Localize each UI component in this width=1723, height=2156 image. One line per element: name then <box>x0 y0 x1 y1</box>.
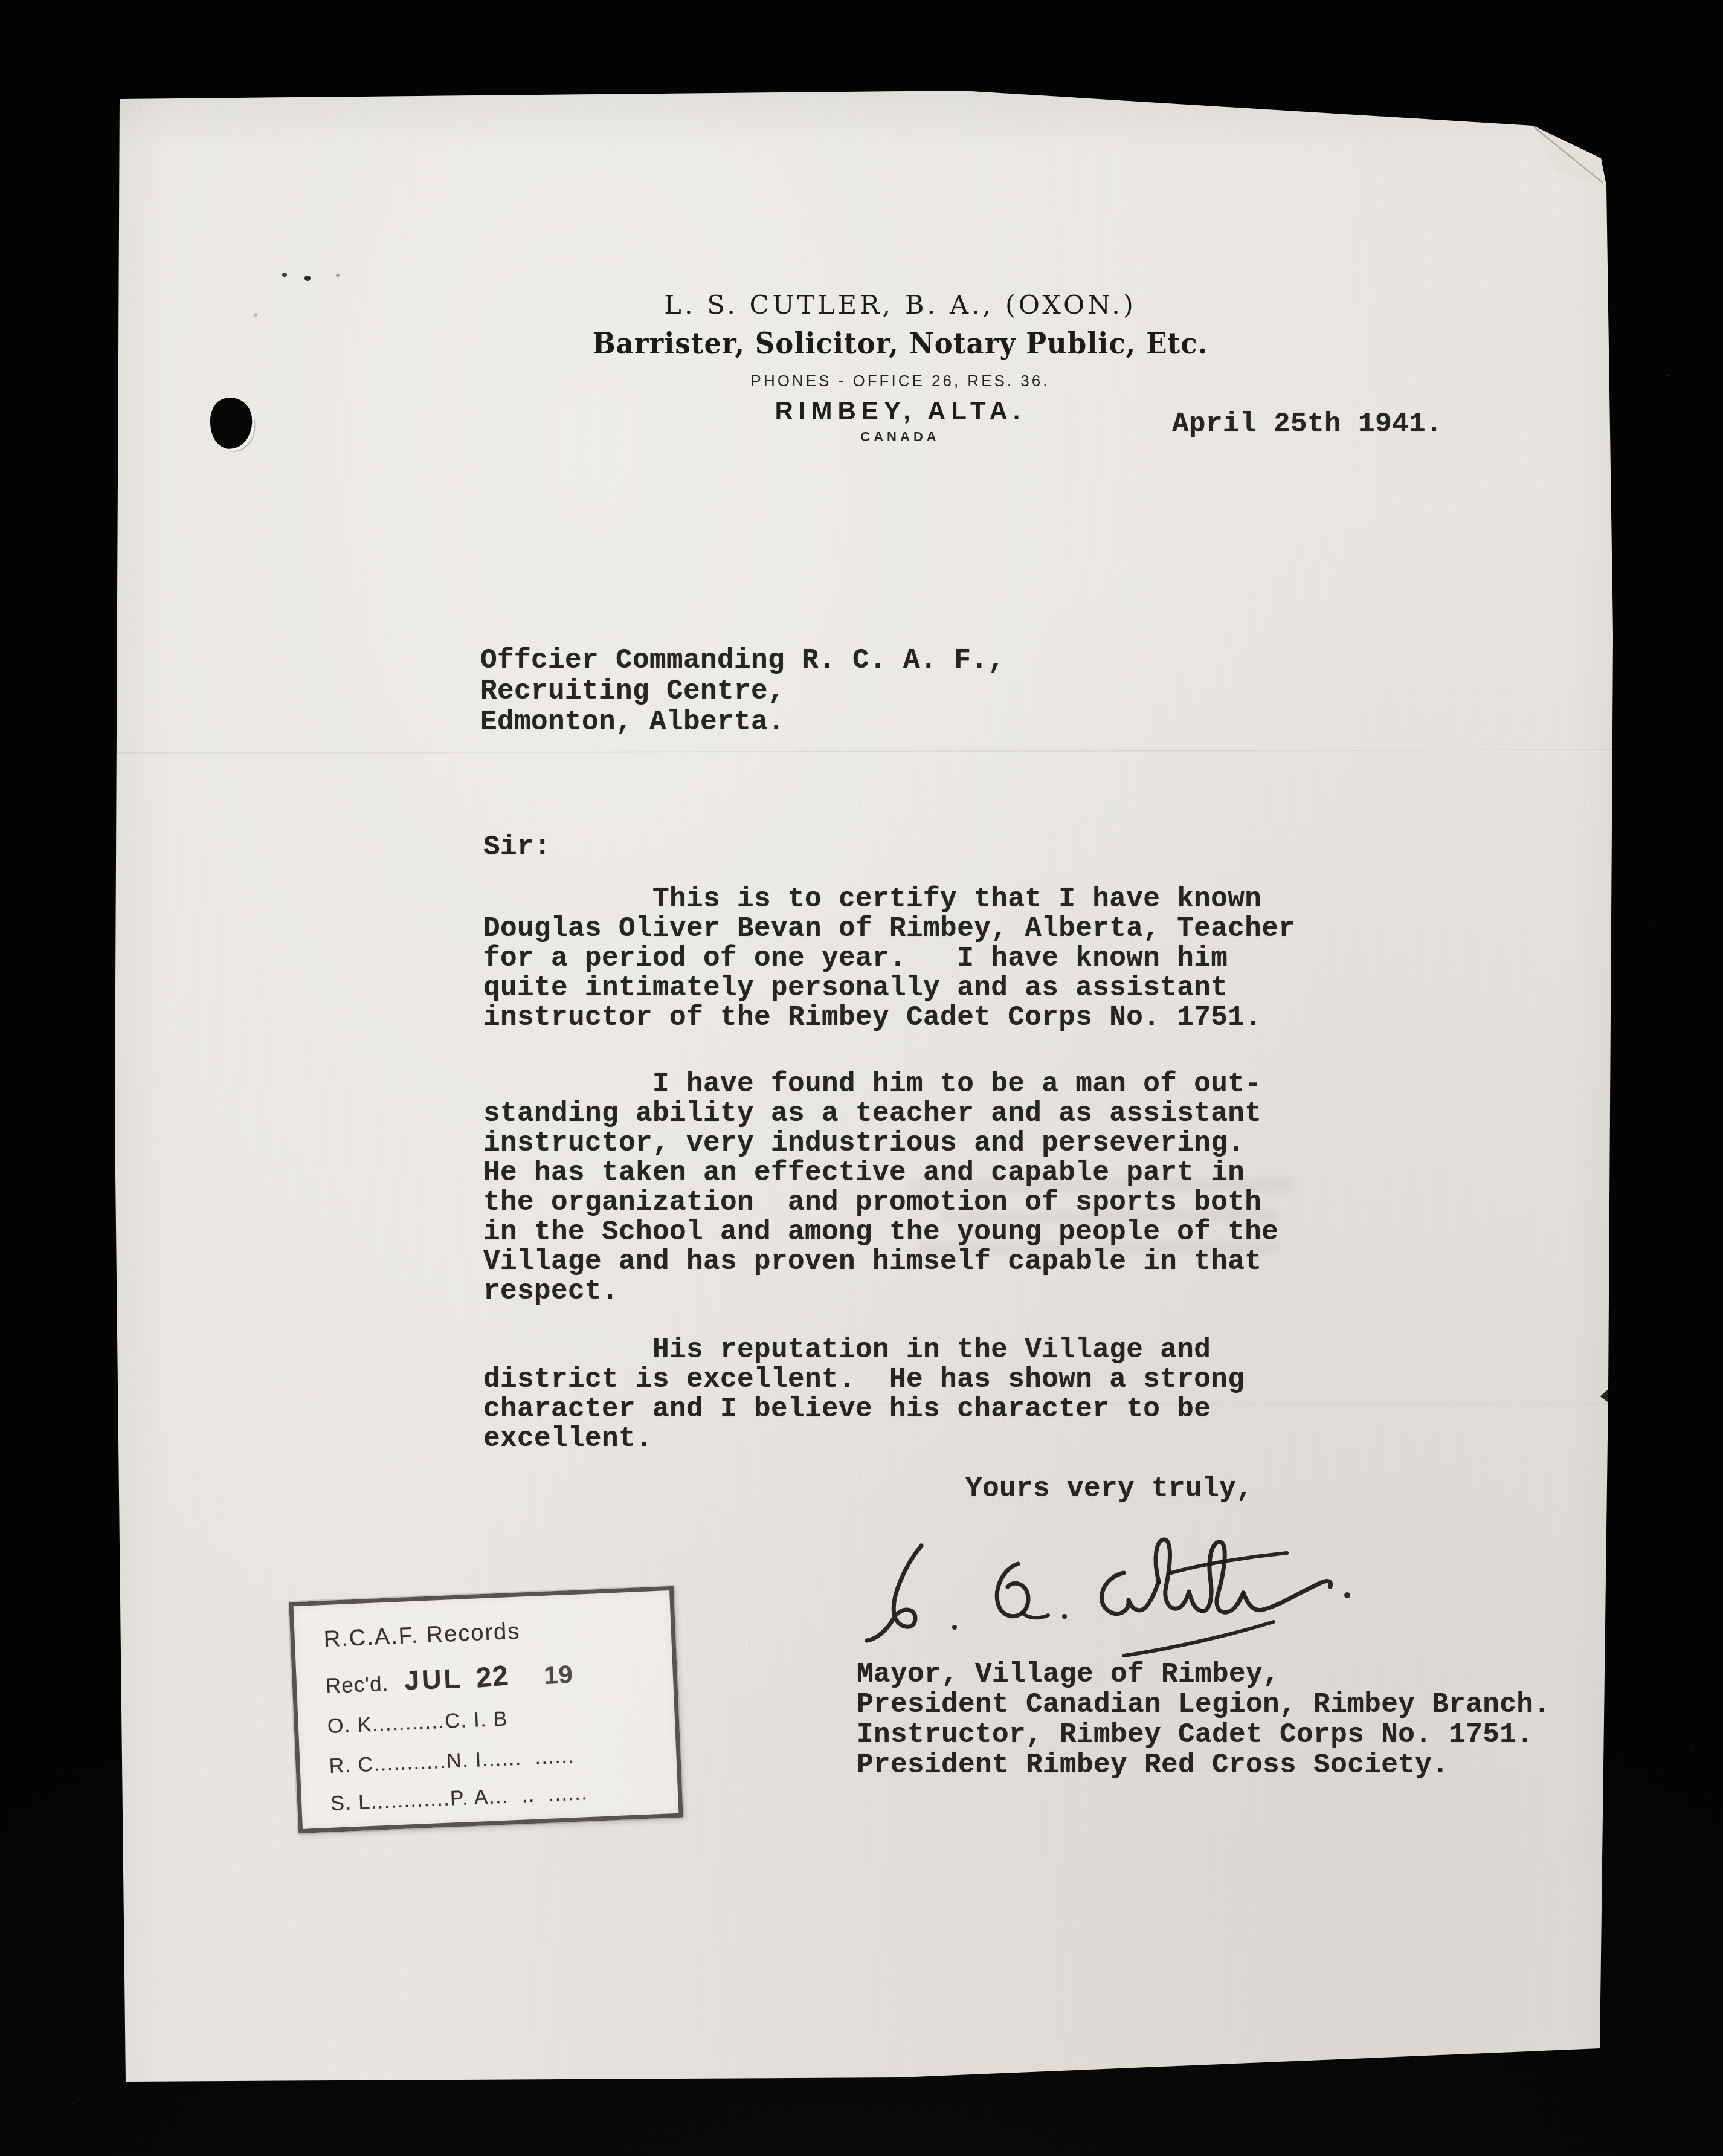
stamp-date-day: 22 <box>474 1658 510 1694</box>
letter-paper: L. S. CUTLER, B. A., (OXON.) Barrister, … <box>115 91 1613 2082</box>
stamp-recd-label: Rec'd. <box>325 1672 389 1698</box>
stamp-date-month: JUL <box>404 1663 463 1696</box>
edge-tear-notch <box>1599 1384 1614 1407</box>
recipient-address: Offcier Commanding R. C. A. F., Recruiti… <box>480 645 1005 738</box>
letterhead-phones: PHONES - OFFICE 26, RES. 36. <box>296 372 1504 390</box>
ink-speck <box>282 273 287 277</box>
letter-date: April 25th 1941. <box>1172 410 1443 439</box>
body-paragraph-3: His reputation in the Village and distri… <box>483 1335 1245 1454</box>
stamp-rc-line: R. C...........N. I...... ...... <box>329 1744 575 1778</box>
ink-speck <box>254 313 257 317</box>
stamp-received-date: Rec'd.JUL2219 <box>325 1656 574 1700</box>
ink-speck <box>336 274 340 277</box>
fold-crease-line <box>1533 126 1604 184</box>
stamp-header: R.C.A.F. Records <box>323 1619 521 1653</box>
handwritten-signature <box>864 1522 1396 1703</box>
scanned-letter-screenshot: L. S. CUTLER, B. A., (OXON.) Barrister, … <box>0 0 1723 2156</box>
letterhead-profession: Barrister, Solicitor, Notary Public, Etc… <box>296 326 1504 360</box>
stamp-sl-line: S. L............P. A... .. ...... <box>330 1781 588 1816</box>
salutation: Sir: <box>483 833 551 862</box>
closing-line: Yours very truly, <box>965 1474 1253 1504</box>
stamp-date-year: 19 <box>543 1660 574 1690</box>
horizontal-fold-crease <box>115 749 1613 754</box>
scanner-dust-specks <box>0 0 1 1</box>
rcaf-received-stamp: R.C.A.F. Records Rec'd.JUL2219 O. K.....… <box>289 1586 683 1833</box>
ink-speck <box>304 276 311 281</box>
punch-hole <box>207 395 256 451</box>
body-paragraph-2: I have found him to be a man of out- sta… <box>483 1070 1278 1306</box>
body-paragraph-1: This is to certify that I have known Dou… <box>483 885 1295 1033</box>
stamp-ok-line: O. K...........C. I. B <box>327 1707 509 1738</box>
letterhead-name: L. S. CUTLER, B. A., (OXON.) <box>296 290 1504 320</box>
